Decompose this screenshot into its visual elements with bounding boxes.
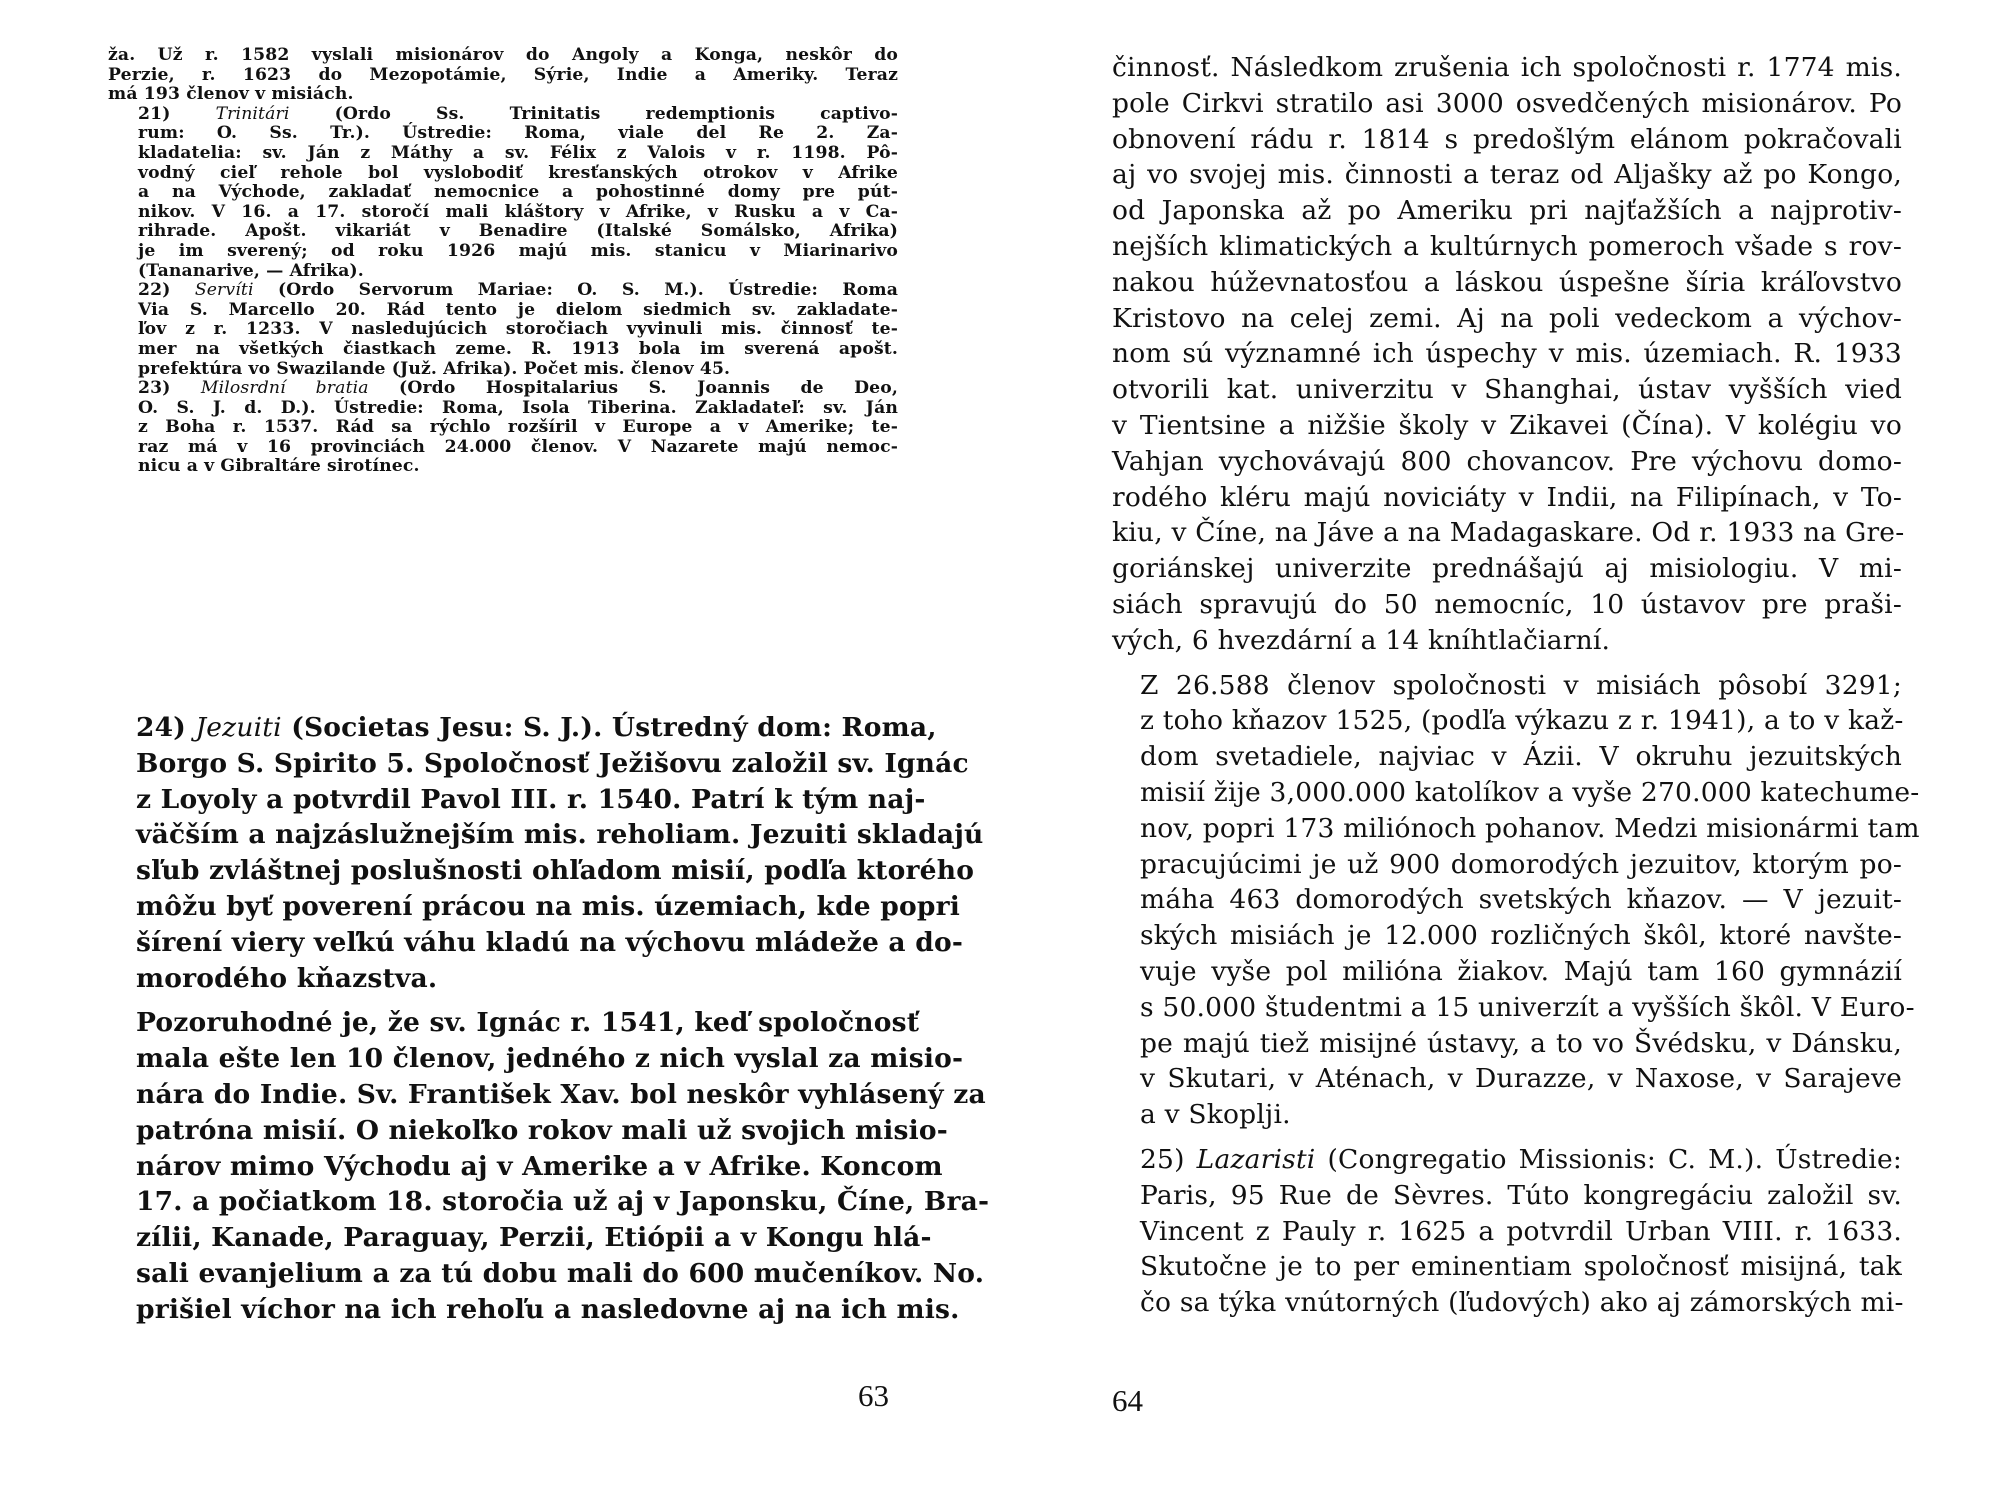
text-line: obnovení rádu r. 1814 s predošlým elánom… — [1112, 122, 1902, 158]
text-line: sľub zvláštnej poslušnosti ohľadom misií… — [108, 853, 898, 889]
text-line: väčším a najzáslužnejším mis. reholiam. … — [108, 817, 898, 853]
text-line: O. S. J. d. D.). Ústredie: Roma, Isola T… — [108, 399, 898, 419]
entry-title: Servíti — [195, 280, 254, 300]
text-line: kladatelia: sv. Ján z Máthy a sv. Félix … — [108, 144, 898, 164]
text-line: prišiel víchor na ich rehoľu a nasledovn… — [108, 1292, 898, 1328]
text-line: od Japonska až po Ameriku pri najťažších… — [1112, 193, 1902, 229]
text-line: nakou húževnatosťou a láskou úspešne šír… — [1112, 265, 1902, 301]
entry-number: 23) — [138, 378, 201, 398]
text-line: z Loyoly a potvrdil Pavol III. r. 1540. … — [108, 782, 898, 818]
text-line: 23) Milosrdní bratia (Ordo Hospitalarius… — [108, 379, 898, 399]
entry-title: Trinitári — [216, 104, 290, 124]
text-line: pole Cirkvi stratilo asi 3000 osvedčenýc… — [1112, 86, 1902, 122]
text-line: 24) Jezuiti (Societas Jesu: S. J.). Ústr… — [108, 710, 898, 746]
text-line: 25) Lazaristi (Congregatio Missionis: C.… — [1112, 1142, 1902, 1178]
large-print-section: 24) Jezuiti (Societas Jesu: S. J.). Ústr… — [108, 710, 898, 1328]
paragraph: 22) Servíti (Ordo Servorum Mariae: O. S.… — [108, 281, 898, 379]
page-number: 64 — [1112, 1383, 1143, 1419]
text-line: činnosť. Následkom zrušenia ich spoločno… — [1112, 50, 1902, 86]
text-line: môžu byť poverení prácou na mis. územiac… — [108, 889, 898, 925]
text-line: Vincent z Pauly r. 1625 a potvrdil Urban… — [1112, 1214, 1902, 1250]
text-line: má 193 členov v misiách. — [108, 85, 898, 105]
text-line: Kristovo na celej zemi. Aj na poli vedec… — [1112, 301, 1902, 337]
text-line: Skutočne je to per eminentiam spoločnosť… — [1112, 1249, 1902, 1285]
text-line: Vahjan vychovávajú 800 chovancov. Pre vý… — [1112, 444, 1902, 480]
text-line: mala ešte len 10 členov, jedného z nich … — [108, 1041, 898, 1077]
text-line: je im sverený; od roku 1926 majú mis. st… — [108, 242, 898, 262]
paragraph: Z 26.588 členov spoločnosti v misiách pô… — [1112, 668, 1902, 1133]
entry-number: 22) — [138, 280, 195, 300]
text-line: vých, 6 hvezdární a 14 kníhtlačiarní. — [1112, 623, 1902, 659]
text-line: Perzie, r. 1623 do Mezopotámie, Sýrie, I… — [108, 66, 898, 86]
text-line: Via S. Marcello 20. Rád tento je dielom … — [108, 301, 898, 321]
text-line: kiu, v Číne, na Jáve a na Madagaskare. O… — [1112, 515, 1902, 551]
text-line: nom sú významné ich úspechy v mis. územi… — [1112, 336, 1902, 372]
text-line: rum: O. Ss. Tr.). Ústredie: Roma, viale … — [108, 124, 898, 144]
text-line: raz má v 16 provinciách 24.000 členov. V… — [108, 438, 898, 458]
text-line: v Skutari, v Aténach, v Durazze, v Naxos… — [1112, 1061, 1902, 1097]
text-line: vuje vyše pol milióna žiakov. Majú tam 1… — [1112, 954, 1902, 990]
text-line: nejších klimatických a kultúrnych pomero… — [1112, 229, 1902, 265]
text-line: rodého kléru majú noviciáty v Indii, na … — [1112, 480, 1902, 516]
text-line: pe majú tiež misijné ústavy, a to vo Švé… — [1112, 1026, 1902, 1062]
text-line: misií žije 3,000.000 katolíkov a vyše 27… — [1112, 775, 1902, 811]
text-line: patróna misií. O niekoľko rokov mali už … — [108, 1113, 898, 1149]
text-line: dom svetadiele, najviac v Ázii. V okruhu… — [1112, 739, 1902, 775]
text-line: z Boha r. 1537. Rád sa rýchlo rozšíril v… — [108, 418, 898, 438]
text-line: (Tananarive, — Afrika). — [108, 262, 898, 282]
text-line: rihrade. Apošt. vikariát v Benadire (Ita… — [108, 222, 898, 242]
text-line: Pozoruhodné je, že sv. Ignác r. 1541, ke… — [108, 1005, 898, 1041]
text-line: aj vo svojej mis. činnosti a teraz od Al… — [1112, 157, 1902, 193]
paragraph: 23) Milosrdní bratia (Ordo Hospitalarius… — [108, 379, 898, 477]
text-line: Borgo S. Spirito 5. Spoločnosť Ježišovu … — [108, 746, 898, 782]
entry-title: Jezuiti — [195, 712, 281, 743]
entry-number: 24) — [136, 712, 195, 743]
text-line: 17. a počiatkom 18. storočia už aj v Jap… — [108, 1184, 898, 1220]
text-line: a v Skoplji. — [1112, 1097, 1902, 1133]
small-print-section: ža. Už r. 1582 vyslali misionárov do Ang… — [108, 46, 898, 477]
text-line: ľov z r. 1233. V nasledujúcich storočiac… — [108, 320, 898, 340]
paragraph: 25) Lazaristi (Congregatio Missionis: C.… — [1112, 1142, 1902, 1321]
paragraph: činnosť. Následkom zrušenia ich spoločno… — [1112, 50, 1902, 659]
text-line: mer na všetkých čiastkach zeme. R. 1913 … — [108, 340, 898, 360]
text-line: nicu a v Gibraltáre sirotínec. — [108, 457, 898, 477]
text-line: v Tientsine a nižšie školy v Zikavei (Čí… — [1112, 408, 1902, 444]
right-page: činnosť. Následkom zrušenia ich spoločno… — [1002, 0, 2004, 1500]
text-line: goriánskej univerzite prednášajú aj misi… — [1112, 551, 1902, 587]
text-line: siách spravujú do 50 nemocníc, 10 ústavo… — [1112, 587, 1902, 623]
text-line: máha 463 domorodých svetských kňazov. — … — [1112, 882, 1902, 918]
text-line: sali evanjelium a za tú dobu mali do 600… — [108, 1256, 898, 1292]
text-line: nikov. V 16. a 17. storočí mali kláštory… — [108, 203, 898, 223]
text-line: nára do Indie. Sv. František Xav. bol ne… — [108, 1077, 898, 1113]
paragraph: ža. Už r. 1582 vyslali misionárov do Ang… — [108, 46, 898, 105]
entry-number: 25) — [1140, 1144, 1197, 1175]
text-line: Z 26.588 členov spoločnosti v misiách pô… — [1112, 668, 1902, 704]
text-line: a na Východe, zakladať nemocnice a pohos… — [108, 183, 898, 203]
text-line: otvorili kat. univerzitu v Shanghai, úst… — [1112, 372, 1902, 408]
text-line: z toho kňazov 1525, (podľa výkazu z r. 1… — [1112, 703, 1902, 739]
text-line: šírení viery veľkú váhu kladú na výchovu… — [108, 925, 898, 961]
text-line: prefektúra vo Swazilande (Juž. Afrika). … — [108, 360, 898, 380]
large-print-section: činnosť. Následkom zrušenia ich spoločno… — [1112, 50, 1902, 1321]
text-line: zílii, Kanade, Paraguay, Perzii, Etiópii… — [108, 1220, 898, 1256]
text-line: ských misiách je 12.000 rozličných škôl,… — [1112, 918, 1902, 954]
entry-title: Lazaristi — [1197, 1144, 1316, 1175]
paragraph: 24) Jezuiti (Societas Jesu: S. J.). Ústr… — [108, 710, 898, 996]
text-line: pracujúcimi je už 900 domorodých jezuito… — [1112, 847, 1902, 883]
text-line: ža. Už r. 1582 vyslali misionárov do Ang… — [108, 46, 898, 66]
text-line: nov, popri 173 miliónoch pohanov. Medzi … — [1112, 811, 1902, 847]
entry-title: Milosrdní bratia — [201, 378, 369, 398]
paragraph: 21) Trinitári (Ordo Ss. Trinitatis redem… — [108, 105, 898, 281]
left-page: ža. Už r. 1582 vyslali misionárov do Ang… — [0, 0, 1002, 1500]
entry-number: 21) — [138, 104, 216, 124]
page-number: 63 — [858, 1378, 889, 1414]
text-line: s 50.000 študentmi a 15 univerzít a vyšš… — [1112, 990, 1902, 1026]
paragraph: Pozoruhodné je, že sv. Ignác r. 1541, ke… — [108, 1005, 898, 1327]
text-line: morodého kňazstva. — [108, 961, 898, 997]
text-line: 21) Trinitári (Ordo Ss. Trinitatis redem… — [108, 105, 898, 125]
text-line: nárov mimo Východu aj v Amerike a v Afri… — [108, 1149, 898, 1185]
text-line: čo sa týka vnútorných (ľudových) ako aj … — [1112, 1285, 1902, 1321]
text-line: 22) Servíti (Ordo Servorum Mariae: O. S.… — [108, 281, 898, 301]
text-line: vodný cieľ rehole bol vyslobodiť kresťan… — [108, 164, 898, 184]
text-line: Paris, 95 Rue de Sèvres. Túto kongregáci… — [1112, 1178, 1902, 1214]
